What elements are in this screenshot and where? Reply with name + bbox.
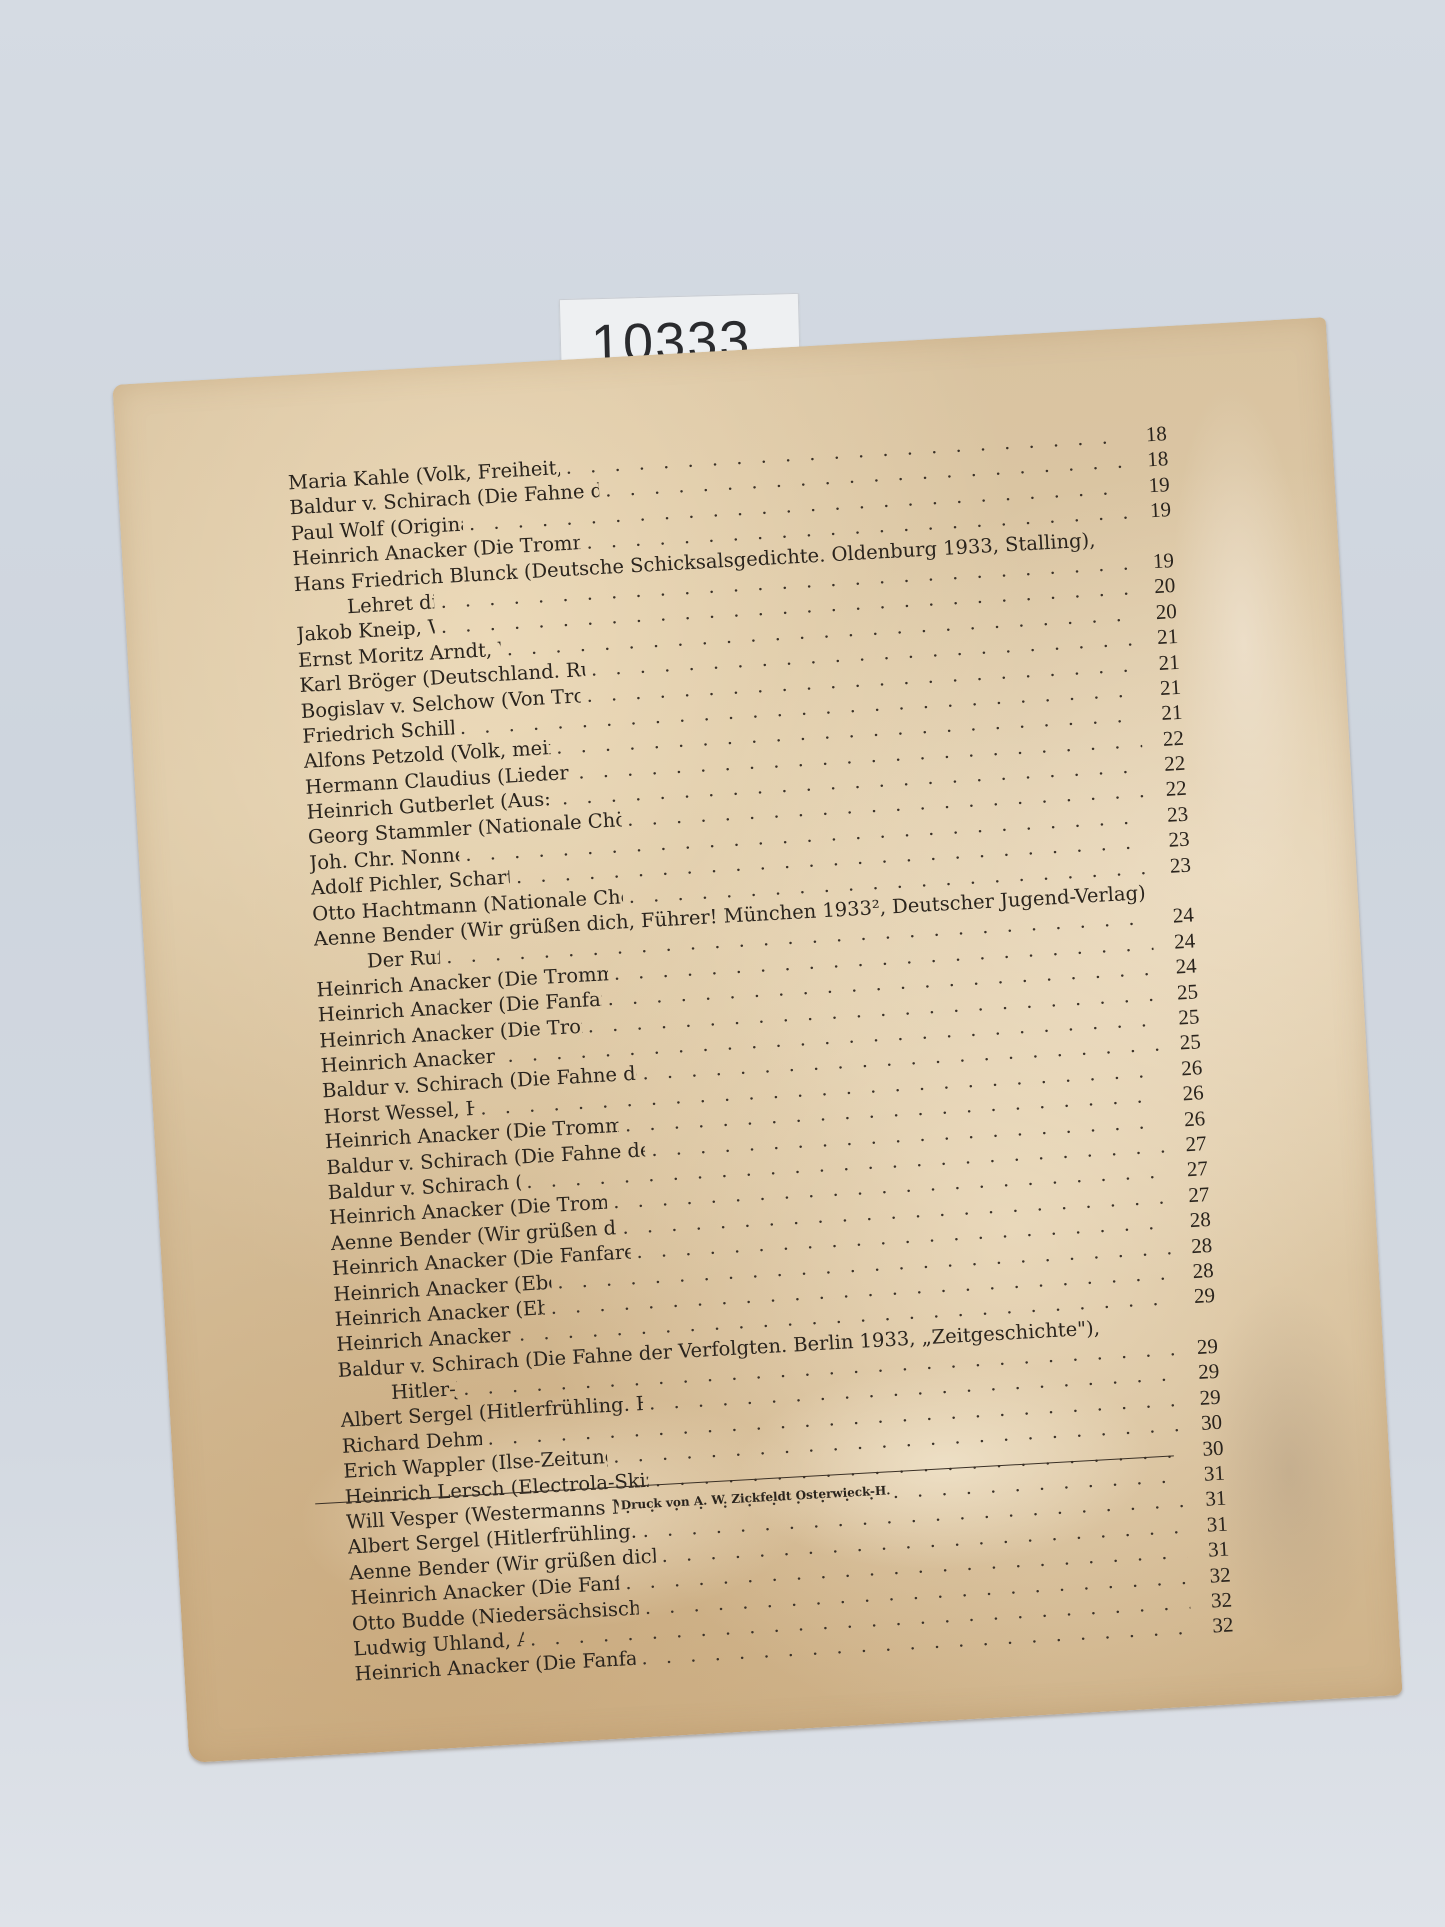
toc-page-number: 23	[1154, 852, 1191, 879]
toc-page-number: 26	[1168, 1106, 1205, 1133]
toc-page-number: 24	[1157, 903, 1194, 930]
toc-page-number	[1137, 542, 1173, 544]
toc-page-number: 24	[1160, 954, 1197, 981]
toc-page-number: 27	[1173, 1182, 1210, 1209]
toc-page-number: 31	[1193, 1537, 1230, 1564]
toc-page-number: 26	[1167, 1080, 1204, 1107]
booklet-back-page: Maria Kahle (Volk, Freiheit, Vaterland),…	[112, 317, 1402, 1763]
toc-page-number: 19	[1134, 497, 1171, 524]
toc-page-number: 32	[1197, 1613, 1234, 1640]
toc-page-number	[1157, 897, 1193, 899]
toc-page-number: 25	[1163, 1004, 1200, 1031]
toc-page-number: 20	[1140, 599, 1177, 626]
toc-page-number: 19	[1137, 548, 1174, 575]
toc-page-number: 27	[1170, 1131, 1207, 1158]
toc-page-number: 31	[1190, 1486, 1227, 1513]
toc-page-number: 28	[1176, 1232, 1213, 1259]
toc-page-number: 32	[1195, 1587, 1232, 1614]
toc-page-number: 29	[1181, 1334, 1218, 1361]
dot-leader	[1106, 1330, 1175, 1334]
toc-page-number: 30	[1187, 1435, 1224, 1462]
toc-page-number: 20	[1139, 573, 1176, 600]
toc-page-number: 18	[1132, 447, 1169, 474]
toc-page-number: 22	[1149, 751, 1186, 778]
toc-page-number: 25	[1161, 979, 1198, 1006]
toc-page-number: 22	[1150, 776, 1187, 803]
toc-page-number: 29	[1183, 1359, 1220, 1386]
toc-page-number: 19	[1133, 472, 1170, 499]
toc-page-number: 21	[1144, 675, 1181, 702]
toc-page-number: 32	[1194, 1562, 1231, 1589]
toc-page-number: 31	[1188, 1461, 1225, 1488]
toc-page-number: 21	[1146, 700, 1183, 727]
toc-page-number: 28	[1177, 1258, 1214, 1285]
toc-page-number: 26	[1166, 1055, 1203, 1082]
toc-page-number: 21	[1143, 649, 1180, 676]
toc-page-number: 23	[1153, 827, 1190, 854]
toc-page-number: 27	[1171, 1156, 1208, 1183]
toc-page-number	[1181, 1327, 1217, 1329]
toc-page-number: 29	[1184, 1385, 1221, 1412]
toc-page-number: 21	[1141, 624, 1178, 651]
toc-page-number: 22	[1147, 725, 1184, 752]
toc-page-number: 28	[1174, 1207, 1211, 1234]
toc-page-number: 29	[1178, 1283, 1215, 1310]
dot-leader	[1102, 544, 1131, 546]
toc-page-number: 25	[1164, 1030, 1201, 1057]
toc-page-number: 30	[1185, 1410, 1222, 1437]
toc-page-number: 24	[1158, 928, 1195, 955]
toc-page-number: 23	[1151, 801, 1188, 828]
toc-page-number: 31	[1191, 1511, 1228, 1538]
toc-page-number: 18	[1130, 421, 1167, 448]
